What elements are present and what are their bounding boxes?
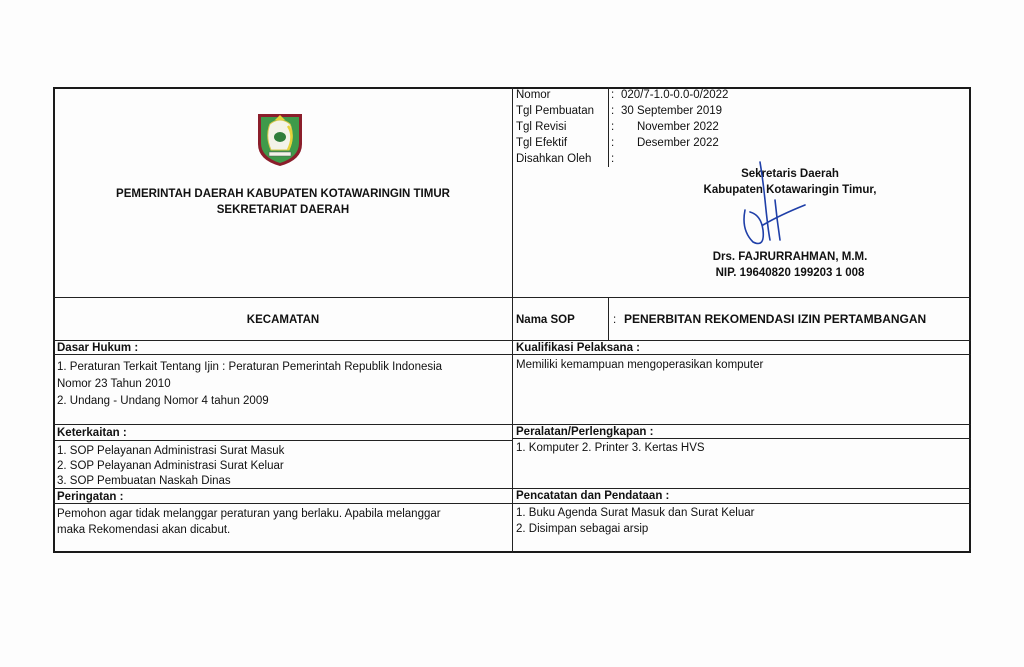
meta-colon: : — [611, 88, 614, 102]
row-divider — [53, 340, 971, 341]
unit-name: KECAMATAN — [55, 314, 511, 326]
sop-colon: : — [613, 313, 616, 327]
row-divider — [53, 440, 513, 441]
section-title-pencatatan: Pencatatan dan Pendataan : — [516, 489, 669, 503]
sop-name: PENERBITAN REKOMENDASI IZIN PERTAMBANGAN — [624, 312, 926, 326]
dasar-hukum-line: 2. Undang - Undang Nomor 4 tahun 2009 — [57, 394, 269, 408]
keterkaitan-line: 3. SOP Pembuatan Naskah Dinas — [57, 474, 231, 488]
meta-label-tgl-efektif: Tgl Efektif — [516, 136, 567, 150]
peringatan-line: Pemohon agar tidak melanggar peraturan y… — [57, 507, 441, 521]
meta-value-tgl-pembuatan: 30 September 2019 — [621, 104, 722, 118]
sop-divider — [608, 297, 609, 340]
peralatan-line: 1. Komputer 2. Printer 3. Kertas HVS — [516, 441, 705, 455]
org-line-1: PEMERINTAH DAERAH KABUPATEN KOTAWARINGIN… — [55, 186, 511, 202]
meta-value-tgl-efektif: Desember 2022 — [621, 136, 719, 150]
meta-colon: : — [611, 136, 614, 150]
org-line-2: SEKRETARIAT DAERAH — [55, 202, 511, 218]
row-divider — [53, 488, 971, 489]
kotawaringin-timur-coat-of-arms-icon — [255, 110, 305, 168]
row-divider — [53, 354, 971, 355]
organization-name: PEMERINTAH DAERAH KABUPATEN KOTAWARINGIN… — [55, 186, 511, 218]
section-title-dasar-hukum: Dasar Hukum : — [57, 341, 138, 355]
column-divider — [512, 87, 513, 553]
meta-divider — [608, 87, 609, 167]
sop-document-page: PEMERINTAH DAERAH KABUPATEN KOTAWARINGIN… — [0, 0, 1024, 667]
section-title-peringatan: Peringatan : — [57, 490, 123, 504]
section-title-kualifikasi: Kualifikasi Pelaksana : — [516, 341, 640, 355]
dasar-hukum-line: 1. Peraturan Terkait Tentang Ijin : Pera… — [57, 360, 442, 374]
sop-name-label: Nama SOP — [516, 313, 575, 327]
meta-value-tgl-revisi: November 2022 — [621, 120, 719, 134]
meta-label-disahkan-oleh: Disahkan Oleh — [516, 152, 591, 166]
pencatatan-line: 1. Buku Agenda Surat Masuk dan Surat Kel… — [516, 506, 754, 520]
meta-colon: : — [611, 152, 614, 166]
keterkaitan-line: 2. SOP Pelayanan Administrasi Surat Kelu… — [57, 459, 284, 473]
kualifikasi-line: Memiliki kemampuan mengoperasikan komput… — [516, 358, 763, 372]
handwritten-signature-icon — [735, 160, 825, 250]
peringatan-line: maka Rekomendasi akan dicabut. — [57, 523, 230, 537]
row-divider — [53, 503, 971, 504]
signatory-name: Drs. FAJRURRAHMAN, M.M. — [612, 249, 968, 265]
meta-label-tgl-revisi: Tgl Revisi — [516, 120, 566, 134]
signatory-identity: Drs. FAJRURRAHMAN, M.M. NIP. 19640820 19… — [612, 249, 968, 281]
dasar-hukum-line: Nomor 23 Tahun 2010 — [57, 377, 171, 391]
meta-colon: : — [611, 120, 614, 134]
row-divider — [53, 424, 971, 425]
pencatatan-line: 2. Disimpan sebagai arsip — [516, 522, 648, 536]
section-title-peralatan: Peralatan/Perlengkapan : — [516, 425, 653, 439]
meta-value-nomor: 020/7-1.0-0.0-0/2022 — [621, 88, 728, 102]
meta-label-tgl-pembuatan: Tgl Pembuatan — [516, 104, 594, 118]
keterkaitan-line: 1. SOP Pelayanan Administrasi Surat Masu… — [57, 444, 284, 458]
section-title-keterkaitan: Keterkaitan : — [57, 426, 127, 440]
signatory-nip: NIP. 19640820 199203 1 008 — [612, 265, 968, 281]
row-divider — [53, 297, 971, 298]
meta-colon: : — [611, 104, 614, 118]
meta-label-nomor: Nomor — [516, 88, 551, 102]
